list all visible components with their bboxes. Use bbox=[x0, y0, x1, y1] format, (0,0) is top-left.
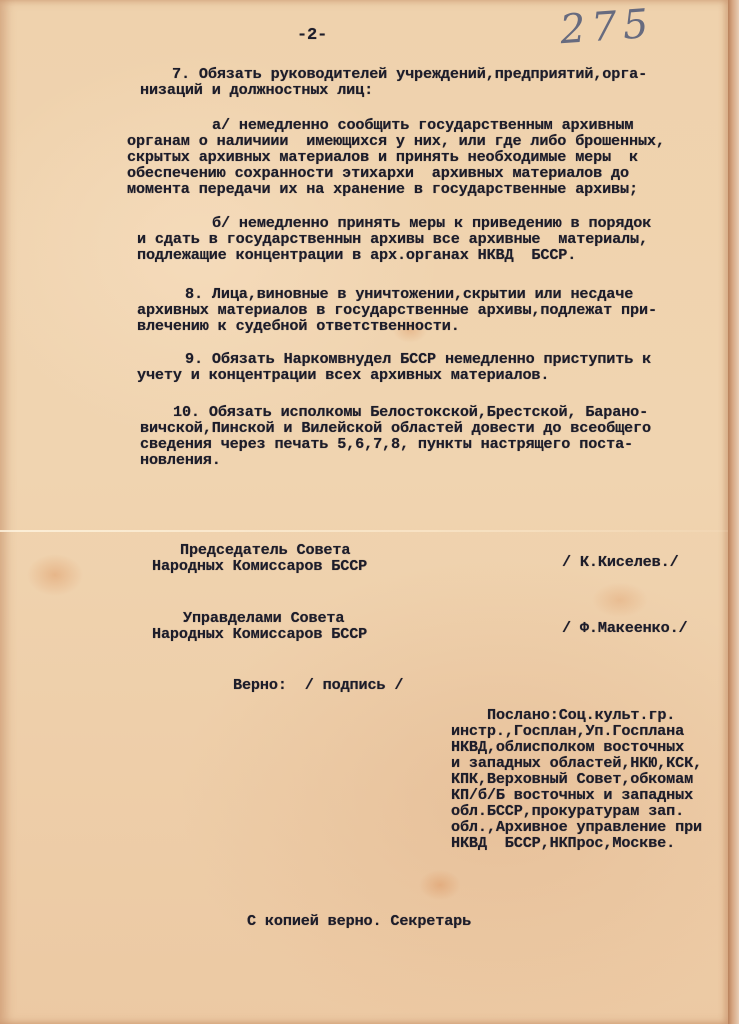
distribution-line: КП/б/Б восточных и западных bbox=[451, 787, 693, 803]
paper-fold-crease bbox=[0, 530, 728, 532]
item-a-line: а/ немедленно сообщить государственным а… bbox=[212, 117, 633, 133]
paragraph-10-line: сведения через печать 5,6,7,8, пункты на… bbox=[140, 436, 633, 452]
distribution-line: НКВД,облисполком восточных bbox=[451, 739, 684, 755]
paragraph-9-line: 9. Обязать Наркомвнудел БССР немедленно … bbox=[185, 351, 651, 367]
paragraph-10-line: вичской,Пинской и Вилейской областей дов… bbox=[140, 420, 651, 436]
signatory-name: / Ф.Макеенко./ bbox=[562, 620, 688, 636]
item-b-line: б/ немедленно принять меры к приведению … bbox=[212, 215, 651, 231]
distribution-line: НКВД БССР,НКПрос,Москве. bbox=[451, 835, 675, 851]
paper-edge bbox=[728, 0, 739, 1024]
signature-title: Народных Комиссаров БССР bbox=[152, 558, 367, 574]
paragraph-10-line: 10. Обязать исполкомы Белостокской,Брест… bbox=[173, 404, 648, 420]
distribution-line: обл.,Архивное управление при bbox=[451, 819, 702, 835]
item-a-line: органам о наличиии имеющихся у них, или … bbox=[127, 133, 665, 149]
item-a-line: скрытых архивных материалов и принять не… bbox=[127, 149, 638, 165]
signature-title: Народных Комиссаров БССР bbox=[152, 626, 367, 642]
copy-certification: С копией верно. Секретарь bbox=[247, 913, 471, 929]
item-a-line: момента передачи их на хранение в госуда… bbox=[127, 181, 638, 197]
distribution-line: Послано:Соц.культ.гр. bbox=[487, 707, 675, 723]
verified-note: Верно: / подпись / bbox=[233, 677, 403, 693]
distribution-line: обл.БССР,прокуратурам зап. bbox=[451, 803, 684, 819]
paragraph-9-line: учету и концентрации всех архивных матер… bbox=[137, 367, 549, 383]
signature-title: Управделами Совета bbox=[183, 610, 344, 626]
handwritten-sheet-number: 275 bbox=[559, 1, 656, 53]
item-a-line: обеспечению сохранности этихархи архивны… bbox=[127, 165, 629, 181]
paragraph-8-line: 8. Лица,виновные в уничтожении,скрытии и… bbox=[185, 286, 633, 302]
paragraph-7-line-1: 7. Обязать руководителей учреждений,пред… bbox=[172, 66, 647, 82]
distribution-line: и западных областей,НКЮ,КСК, bbox=[451, 755, 702, 771]
signatory-name: / К.Киселев./ bbox=[562, 554, 679, 570]
signature-title: Председатель Совета bbox=[180, 542, 350, 558]
page-number: -2- bbox=[297, 28, 327, 44]
paragraph-8-line: влечению к судебной ответственности. bbox=[137, 318, 460, 334]
paragraph-8-line: архивных материалов в государственные ар… bbox=[137, 302, 657, 318]
item-b-line: подлежащие концентрации в арх.органах НК… bbox=[137, 247, 576, 263]
distribution-line: инстр.,Госплан,Уп.Госплана bbox=[451, 723, 684, 739]
distribution-line: КПК,Верховный Совет,обкомам bbox=[451, 771, 693, 787]
paragraph-10-line: новления. bbox=[140, 452, 221, 468]
paragraph-7-line-2: низаций и должностных лиц: bbox=[140, 82, 373, 98]
item-b-line: и сдать в государственнын архивы все арх… bbox=[137, 231, 648, 247]
